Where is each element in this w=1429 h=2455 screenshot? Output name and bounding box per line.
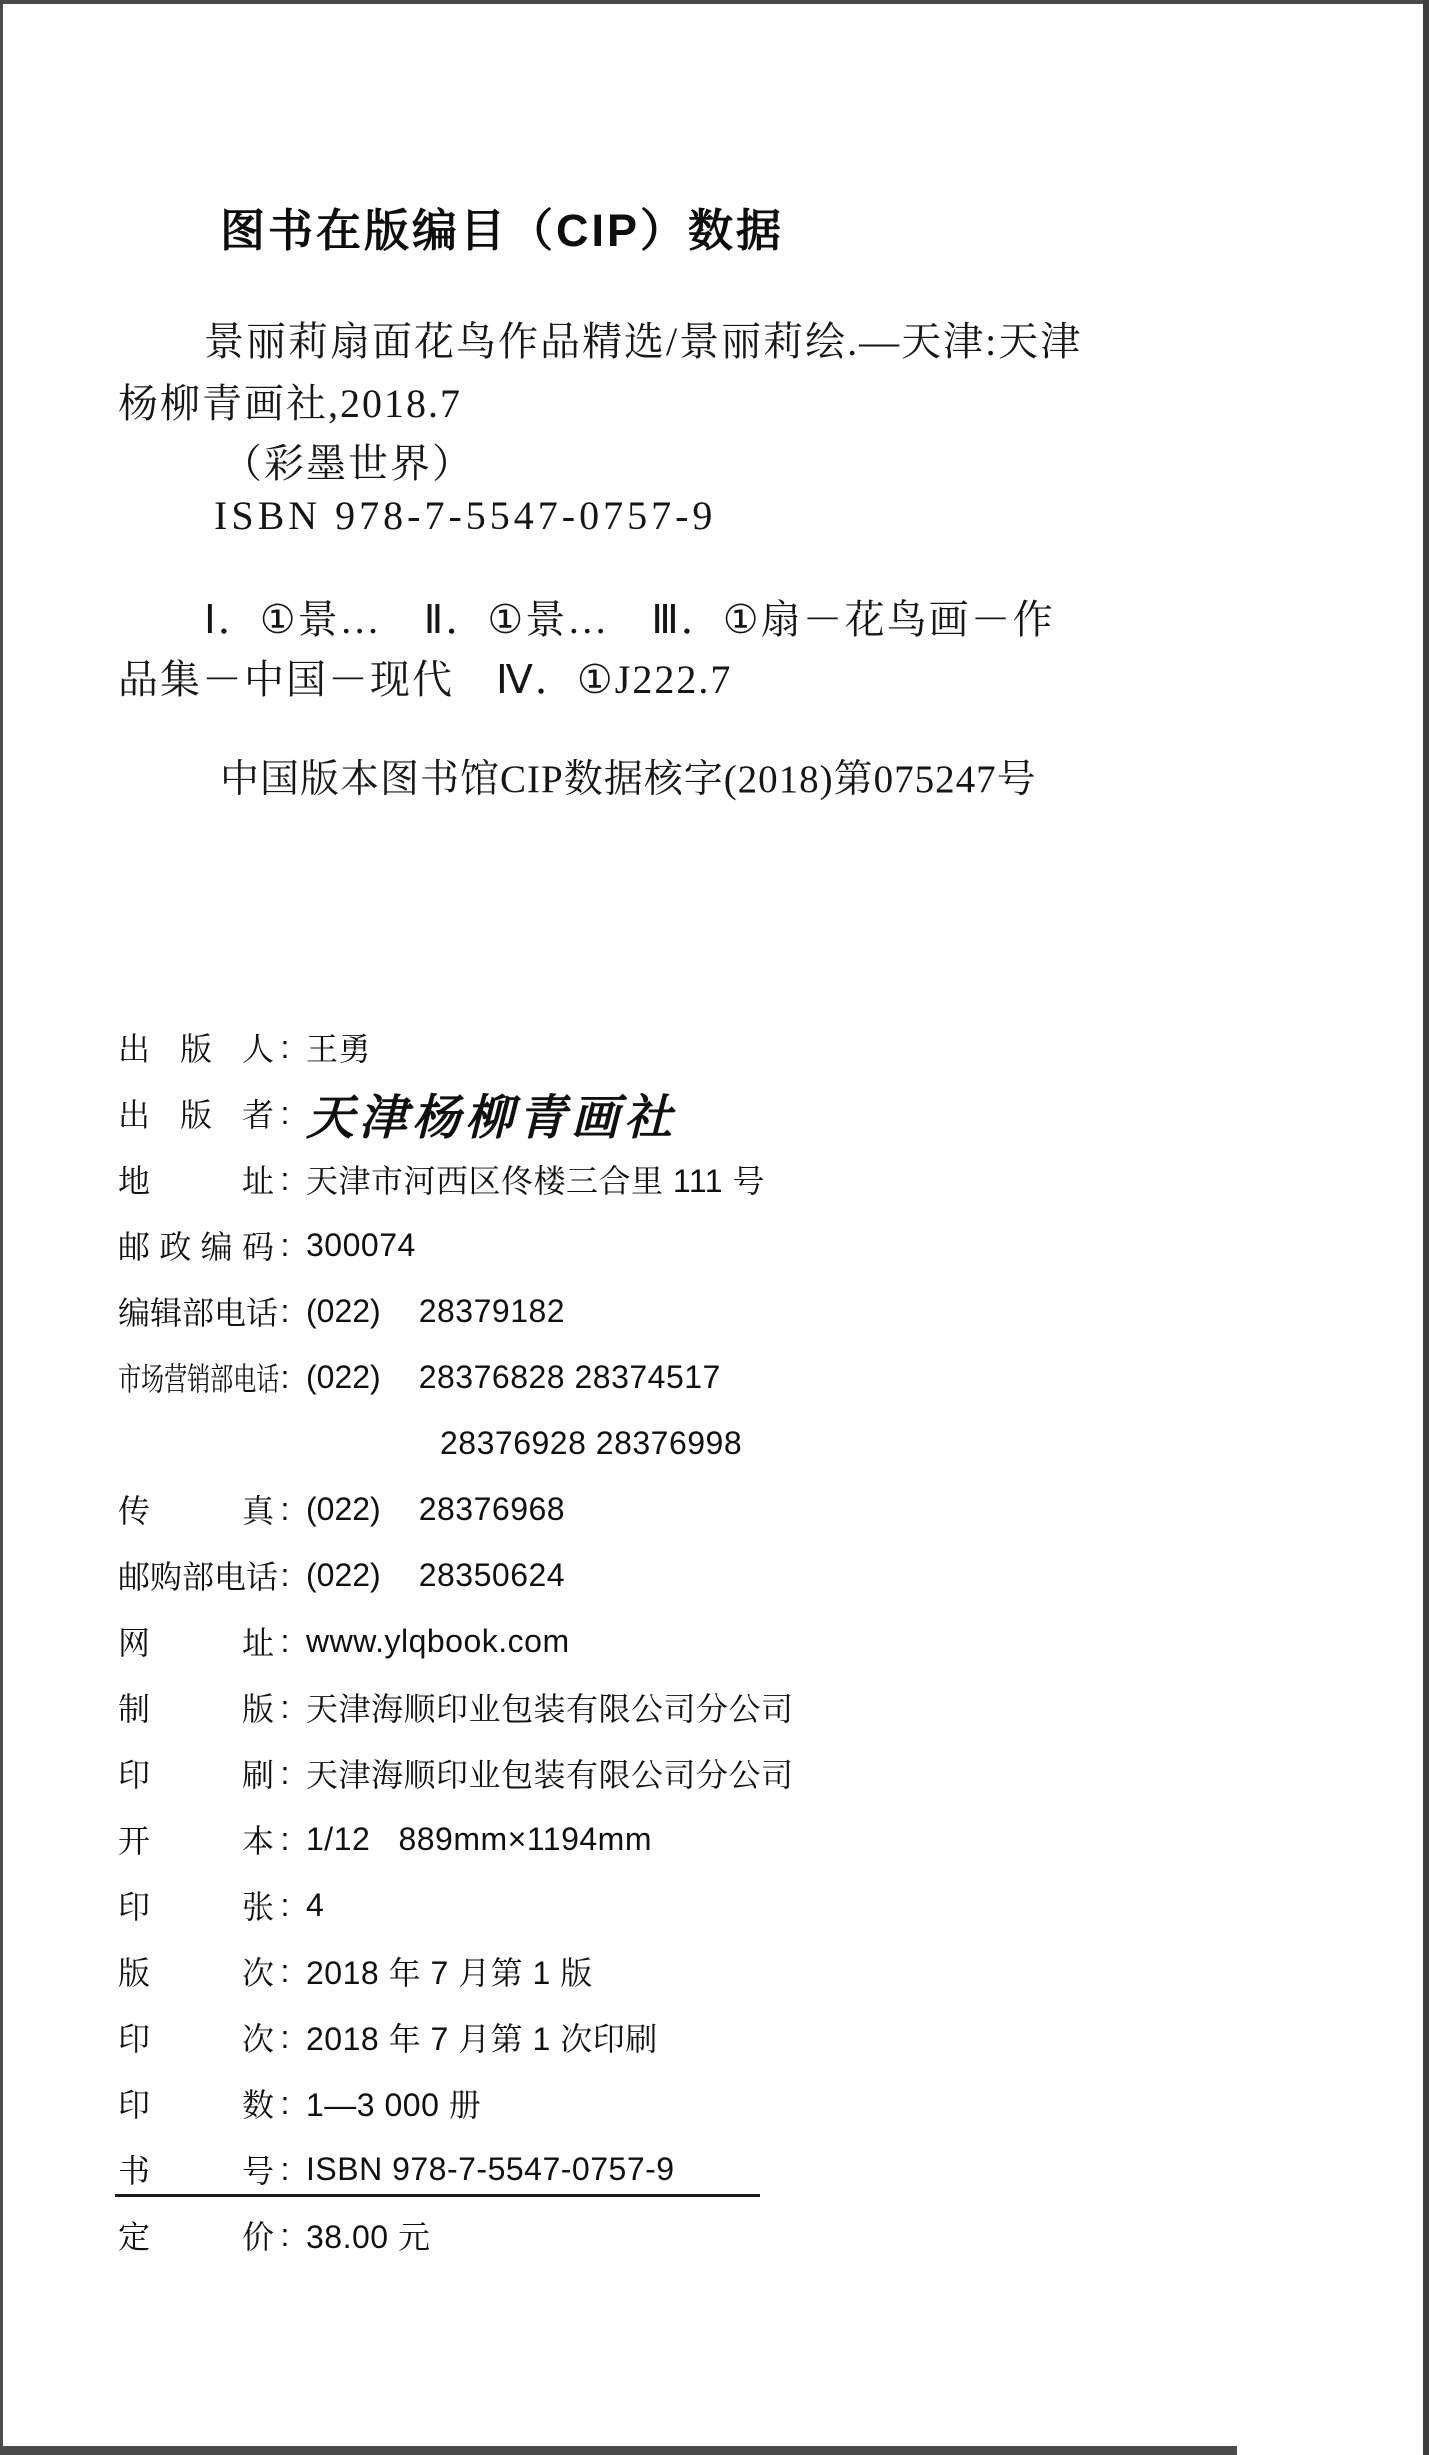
- colophon-row-printing: 印刷 : 天津海顺印业包装有限公司分公司: [118, 1740, 1308, 1806]
- row-label: 出版者: [118, 1090, 274, 1136]
- row-label: 印刷: [118, 1750, 274, 1796]
- row-colon: :: [274, 1557, 296, 1594]
- row-value: 2018 年 7 月第 1 次印刷: [306, 2014, 658, 2060]
- cip-description-line1: 景丽莉扇面花鸟作品精选/景丽莉绘.—天津:天津: [204, 310, 1082, 367]
- area-code: (022): [306, 1359, 381, 1396]
- scan-border-top: [0, 0, 1429, 4]
- row-value: 28376968: [419, 1491, 565, 1528]
- colophon-row-postcode: 邮政编码 : 300074: [118, 1212, 1308, 1278]
- row-colon: :: [274, 2151, 296, 2188]
- area-code: (022): [306, 1557, 381, 1594]
- row-value: 300074: [306, 1227, 416, 1264]
- row-label: 邮购部电话: [118, 1552, 274, 1598]
- colophon-row-platemaking: 制版 : 天津海顺印业包装有限公司分公司: [118, 1674, 1308, 1740]
- colophon-row-fax: 传真 : (022) 28376968: [118, 1476, 1308, 1542]
- isbn-value: ISBN 978-7-5547-0757-9: [306, 2151, 675, 2188]
- price-value: 38.00 元: [306, 2212, 430, 2258]
- row-colon: :: [274, 2085, 296, 2122]
- colophon-row-print-run: 印数 : 1—3 000 册: [118, 2070, 1308, 2136]
- row-colon: :: [274, 1821, 296, 1858]
- cip-description-line2: 杨柳青画社,2018.7: [118, 372, 462, 429]
- colophon-row-book-number: 书号 : ISBN 978-7-5547-0757-9: [118, 2136, 1308, 2202]
- row-value: 天津海顺印业包装有限公司分公司: [306, 1684, 794, 1730]
- row-label: 网址: [118, 1618, 274, 1664]
- row-value: 天津市河西区佟楼三合里 111 号: [306, 1156, 765, 1202]
- row-label: 传真: [118, 1486, 274, 1532]
- colophon-row-publisher-person: 出版人 : 王勇: [118, 1014, 1308, 1080]
- scan-border-right: [1423, 0, 1429, 2455]
- row-colon: :: [274, 1953, 296, 1990]
- row-value: 王勇: [306, 1024, 371, 1070]
- colophon-row-mailorder-phone: 邮购部电话 : (022) 28350624: [118, 1542, 1308, 1608]
- row-colon: :: [274, 1161, 296, 1198]
- row-colon: :: [274, 1491, 296, 1528]
- area-code: (022): [306, 1491, 381, 1528]
- row-label: 印张: [118, 1882, 274, 1928]
- row-colon: :: [274, 2019, 296, 2056]
- colophon-row-editorial-phone: 编辑部电话 : (022) 28379182: [118, 1278, 1308, 1344]
- row-label: 制版: [118, 1684, 274, 1730]
- row-colon: :: [274, 2217, 296, 2254]
- scan-border-left: [0, 0, 3, 2455]
- row-value: 28350624: [419, 1557, 565, 1594]
- publisher-signature: 天津杨柳青画社: [306, 1079, 677, 1148]
- row-colon: :: [274, 1095, 296, 1132]
- row-label: 书号: [118, 2146, 274, 2192]
- colophon: 出版人 : 王勇 出版者 : 天津杨柳青画社 地址 : 天津市河西区佟楼三合里 …: [118, 1014, 1308, 2268]
- area-code: (022): [306, 1293, 381, 1330]
- row-colon: :: [274, 1623, 296, 1660]
- row-label: 印数: [118, 2080, 274, 2126]
- classification-line2: 品集－中国－现代 Ⅳ．①J222.7: [118, 648, 732, 705]
- copyright-page: 图书在版编目（CIP）数据 景丽莉扇面花鸟作品精选/景丽莉绘.—天津:天津 杨柳…: [0, 0, 1429, 2455]
- row-colon: :: [274, 1293, 296, 1330]
- colophon-row-publisher: 出版者 : 天津杨柳青画社: [118, 1080, 1308, 1146]
- cip-title: 图书在版编目（CIP）数据: [220, 194, 784, 259]
- cip-record-number: 中国版本图书馆CIP数据核字(2018)第075247号: [220, 748, 1037, 804]
- price-divider-rule: [115, 2194, 760, 2197]
- row-value: 28376928 28376998: [306, 1425, 742, 1462]
- series-name: （彩墨世界）: [222, 432, 474, 489]
- row-colon: :: [274, 1887, 296, 1924]
- row-value: 1/12 889mm×1194mm: [306, 1821, 652, 1858]
- website-url: www.ylqbook.com: [306, 1623, 570, 1660]
- colophon-row-marketing-phone: 市场营销部电话 : (022) 28376828 28374517: [118, 1344, 1308, 1410]
- row-value: 28376828 28374517: [419, 1359, 721, 1396]
- row-value: 4: [306, 1887, 324, 1924]
- row-label: 版次: [118, 1948, 274, 1994]
- row-label: 印次: [118, 2014, 274, 2060]
- scan-bottom-bar: [0, 2446, 1237, 2455]
- row-label: 市场营销部电话: [118, 1354, 230, 1400]
- row-label: 邮政编码: [118, 1222, 274, 1268]
- row-label: 地址: [118, 1156, 274, 1202]
- row-colon: :: [274, 1689, 296, 1726]
- classification-line1: Ⅰ．①景… Ⅱ．①景… Ⅲ．①扇－花鸟画－作: [204, 588, 1055, 645]
- row-value: 1—3 000 册: [306, 2080, 481, 2126]
- colophon-row-edition: 版次 : 2018 年 7 月第 1 版: [118, 1938, 1308, 2004]
- colophon-row-price: 定价 : 38.00 元: [118, 2202, 1308, 2268]
- row-colon: :: [274, 1755, 296, 1792]
- row-label: 编辑部电话: [118, 1288, 274, 1334]
- colophon-row-sheets: 印张 : 4: [118, 1872, 1308, 1938]
- colophon-row-impression: 印次 : 2018 年 7 月第 1 次印刷: [118, 2004, 1308, 2070]
- row-label: 定价: [118, 2212, 274, 2258]
- row-label: 开本: [118, 1816, 274, 1862]
- row-label: 出版人: [118, 1024, 274, 1070]
- colophon-row-website: 网址 : www.ylqbook.com: [118, 1608, 1308, 1674]
- colophon-row-address: 地址 : 天津市河西区佟楼三合里 111 号: [118, 1146, 1308, 1212]
- row-value: 天津海顺印业包装有限公司分公司: [306, 1750, 794, 1796]
- cip-isbn: ISBN 978-7-5547-0757-9: [214, 492, 716, 539]
- row-colon: :: [274, 1029, 296, 1066]
- colophon-row-marketing-phone-cont: 28376928 28376998: [118, 1410, 1308, 1476]
- row-value: 28379182: [419, 1293, 565, 1330]
- row-value: 2018 年 7 月第 1 版: [306, 1948, 593, 1994]
- colophon-row-format: 开本 : 1/12 889mm×1194mm: [118, 1806, 1308, 1872]
- row-colon: :: [274, 1227, 296, 1264]
